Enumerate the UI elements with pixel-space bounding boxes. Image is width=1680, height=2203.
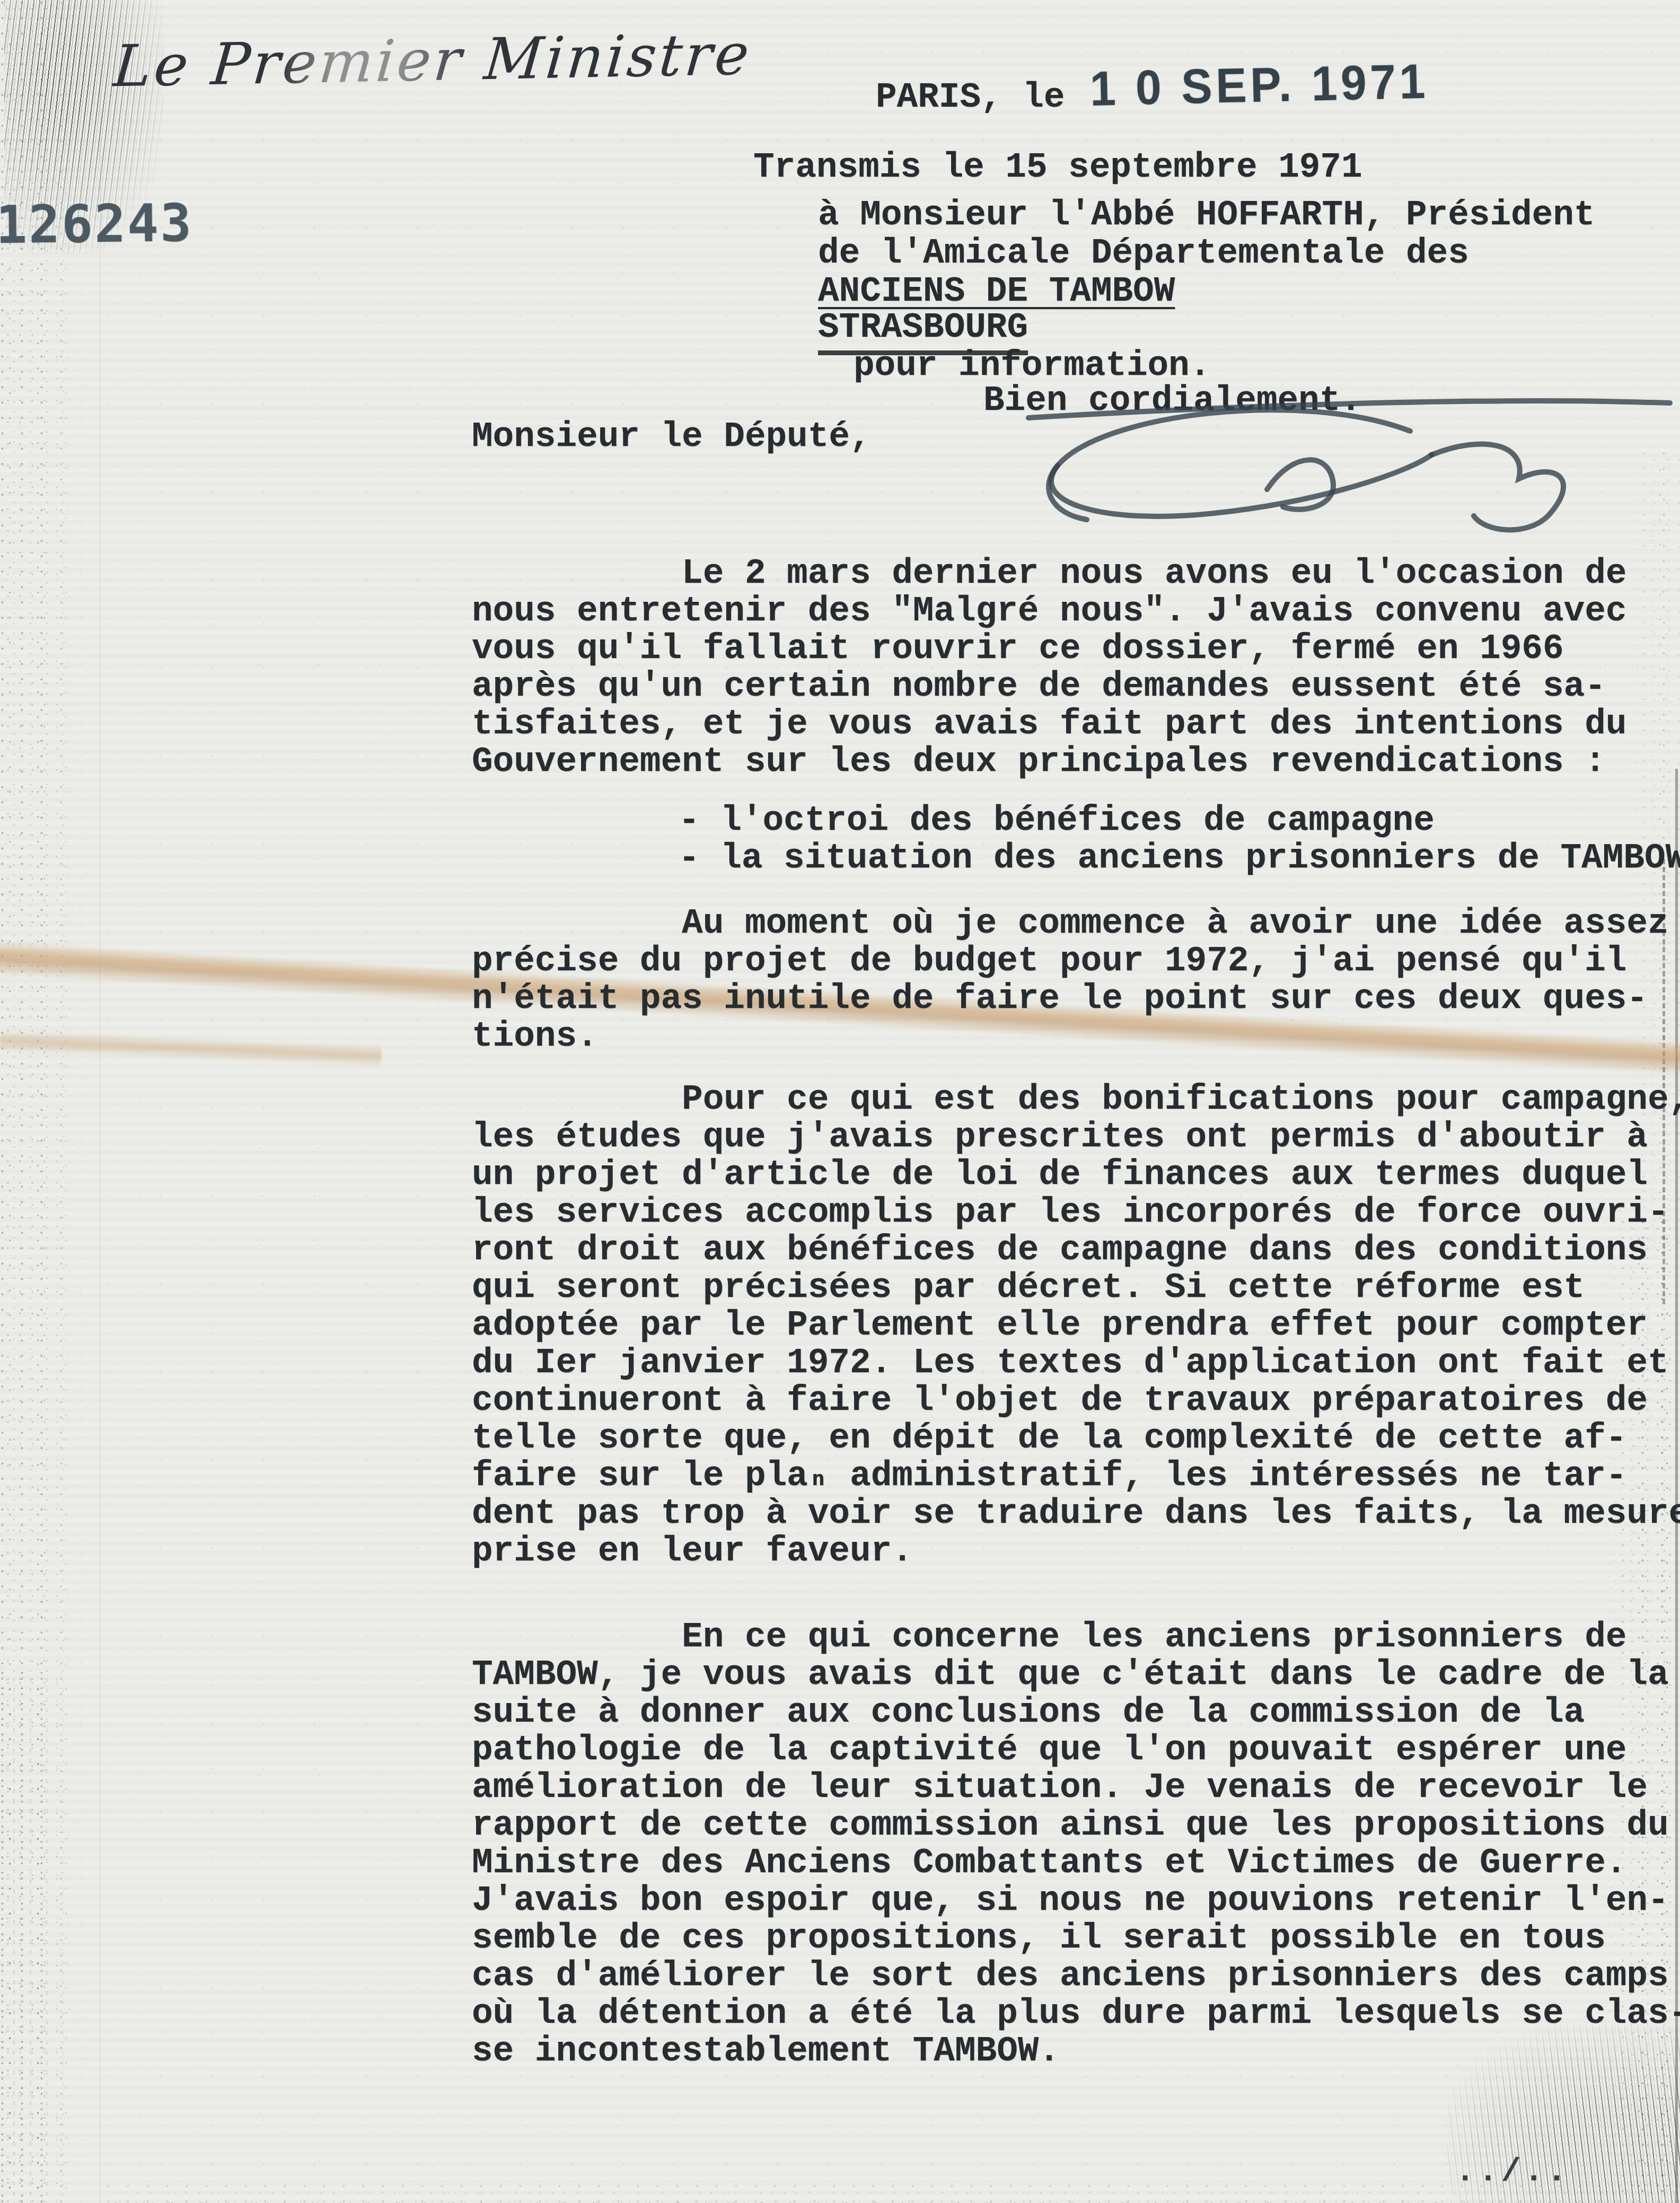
forwarding-transmitted-line: Transmis le 15 septembre 1971	[753, 147, 1362, 187]
text-line: où la détention a été la plus dure parmi…	[472, 1995, 1680, 2032]
horizontal-crease-stain-secondary	[0, 1030, 382, 1067]
dateline-place: PARIS, le	[876, 77, 1065, 117]
text-line: faire sur le plaₙ administratif, les int…	[472, 1457, 1680, 1495]
text-line: amélioration de leur situation. Je venai…	[472, 1769, 1680, 1806]
bottom-left-noise-band	[0, 1670, 69, 2203]
bottom-edge-noise-strip	[106, 2183, 1680, 2203]
registration-number-stamp: 126243	[0, 193, 193, 256]
forwarding-addressee-line-2: de l'Amicale Départementale des	[818, 233, 1469, 273]
text-line: Ministre des Anciens Combattants et Vict…	[472, 1844, 1680, 1882]
text-line: n'était pas inutile de faire le point su…	[472, 980, 1669, 1017]
text-line: Au moment où je commence à avoir une idé…	[472, 905, 1669, 942]
text-line: qui seront précisées par décret. Si cett…	[472, 1269, 1680, 1306]
letter-page: Le Premier Ministre 126243 PARIS, le 1 0…	[0, 0, 1680, 2203]
continuation-mark: ../..	[1455, 2153, 1570, 2190]
text-line: adoptée par le Parlement elle prendra ef…	[472, 1306, 1680, 1344]
text-line: ront droit aux bénéfices de campagne dan…	[472, 1231, 1680, 1269]
text-line: cas d'améliorer le sort des anciens pris…	[472, 1957, 1680, 1995]
forwarding-closing-line: Bien cordialement.	[983, 381, 1361, 420]
text-line: tions.	[472, 1017, 1669, 1055]
organization-name: ANCIENS DE TAMBOW	[818, 271, 1175, 311]
text-line: - l'octroi des bénéfices de campagne	[679, 802, 1680, 839]
text-line: Pour ce qui est des bonifications pour c…	[472, 1081, 1680, 1118]
forwarding-addressee-line-1: à Monsieur l'Abbé HOFFARTH, Président	[818, 195, 1595, 235]
text-line: tisfaites, et je vous avais fait part de…	[472, 705, 1626, 743]
text-line: les services accomplis par les incorporé…	[472, 1193, 1680, 1231]
paragraph-1: Le 2 mars dernier nous avons eu l'occasi…	[472, 555, 1626, 780]
date-stamp: 1 0 SEP. 1971	[1089, 54, 1429, 117]
left-edge-noise-band	[0, 0, 85, 2203]
text-line: TAMBOW, je vous avais dit que c'était da…	[472, 1656, 1680, 1693]
text-line: - la situation des anciens prisonniers d…	[679, 839, 1680, 877]
letterhead-script-title: Le Premier Ministre	[111, 21, 754, 100]
text-line: telle sorte que, en dépit de la complexi…	[472, 1419, 1680, 1457]
text-line: semble de ces propositions, il serait po…	[472, 1919, 1680, 1957]
text-line: rapport de cette commission ainsi que le…	[472, 1806, 1680, 1844]
text-line: se incontestablement TAMBOW.	[472, 2032, 1680, 2070]
vertical-fold-line	[100, 0, 101, 2203]
text-line: continueront à faire l'objet de travaux …	[472, 1382, 1680, 1419]
text-line: pathologie de la captivité que l'on pouv…	[472, 1731, 1680, 1769]
forwarding-purpose-line: pour information.	[854, 346, 1210, 385]
paragraph-2: Au moment où je commence à avoir une idé…	[472, 905, 1669, 1055]
text-line: dent pas trop à voir se traduire dans le…	[472, 1495, 1680, 1532]
paragraph-3: Pour ce qui est des bonifications pour c…	[472, 1081, 1680, 1570]
text-line: En ce qui concerne les anciens prisonnie…	[472, 1618, 1680, 1656]
text-line: suite à donner aux conclusions de la com…	[472, 1693, 1680, 1731]
text-line: après qu'un certain nombre de demandes e…	[472, 668, 1626, 705]
paragraph-4: En ce qui concerne les anciens prisonnie…	[472, 1618, 1680, 2070]
text-line: nous entretenir des "Malgré nous". J'ava…	[472, 592, 1626, 630]
text-line: Le 2 mars dernier nous avons eu l'occasi…	[472, 555, 1626, 592]
claims-list: - l'octroi des bénéfices de campagne- la…	[679, 802, 1680, 877]
organization-name-text: ANCIENS DE TAMBOW	[818, 271, 1175, 311]
text-line: les études que j'avais prescrites ont pe…	[472, 1118, 1680, 1156]
text-line: prise en leur faveur.	[472, 1532, 1680, 1570]
text-line: du Ier janvier 1972. Les textes d'applic…	[472, 1344, 1680, 1382]
text-line: Gouvernement sur les deux principales re…	[472, 743, 1626, 780]
text-line: précise du projet de budget pour 1972, j…	[472, 942, 1669, 980]
salutation: Monsieur le Député,	[472, 418, 871, 455]
text-line: un projet d'article de loi de finances a…	[472, 1156, 1680, 1193]
text-line: J'avais bon espoir que, si nous ne pouvi…	[472, 1882, 1680, 1919]
text-line: vous qu'il fallait rouvrir ce dossier, f…	[472, 630, 1626, 668]
